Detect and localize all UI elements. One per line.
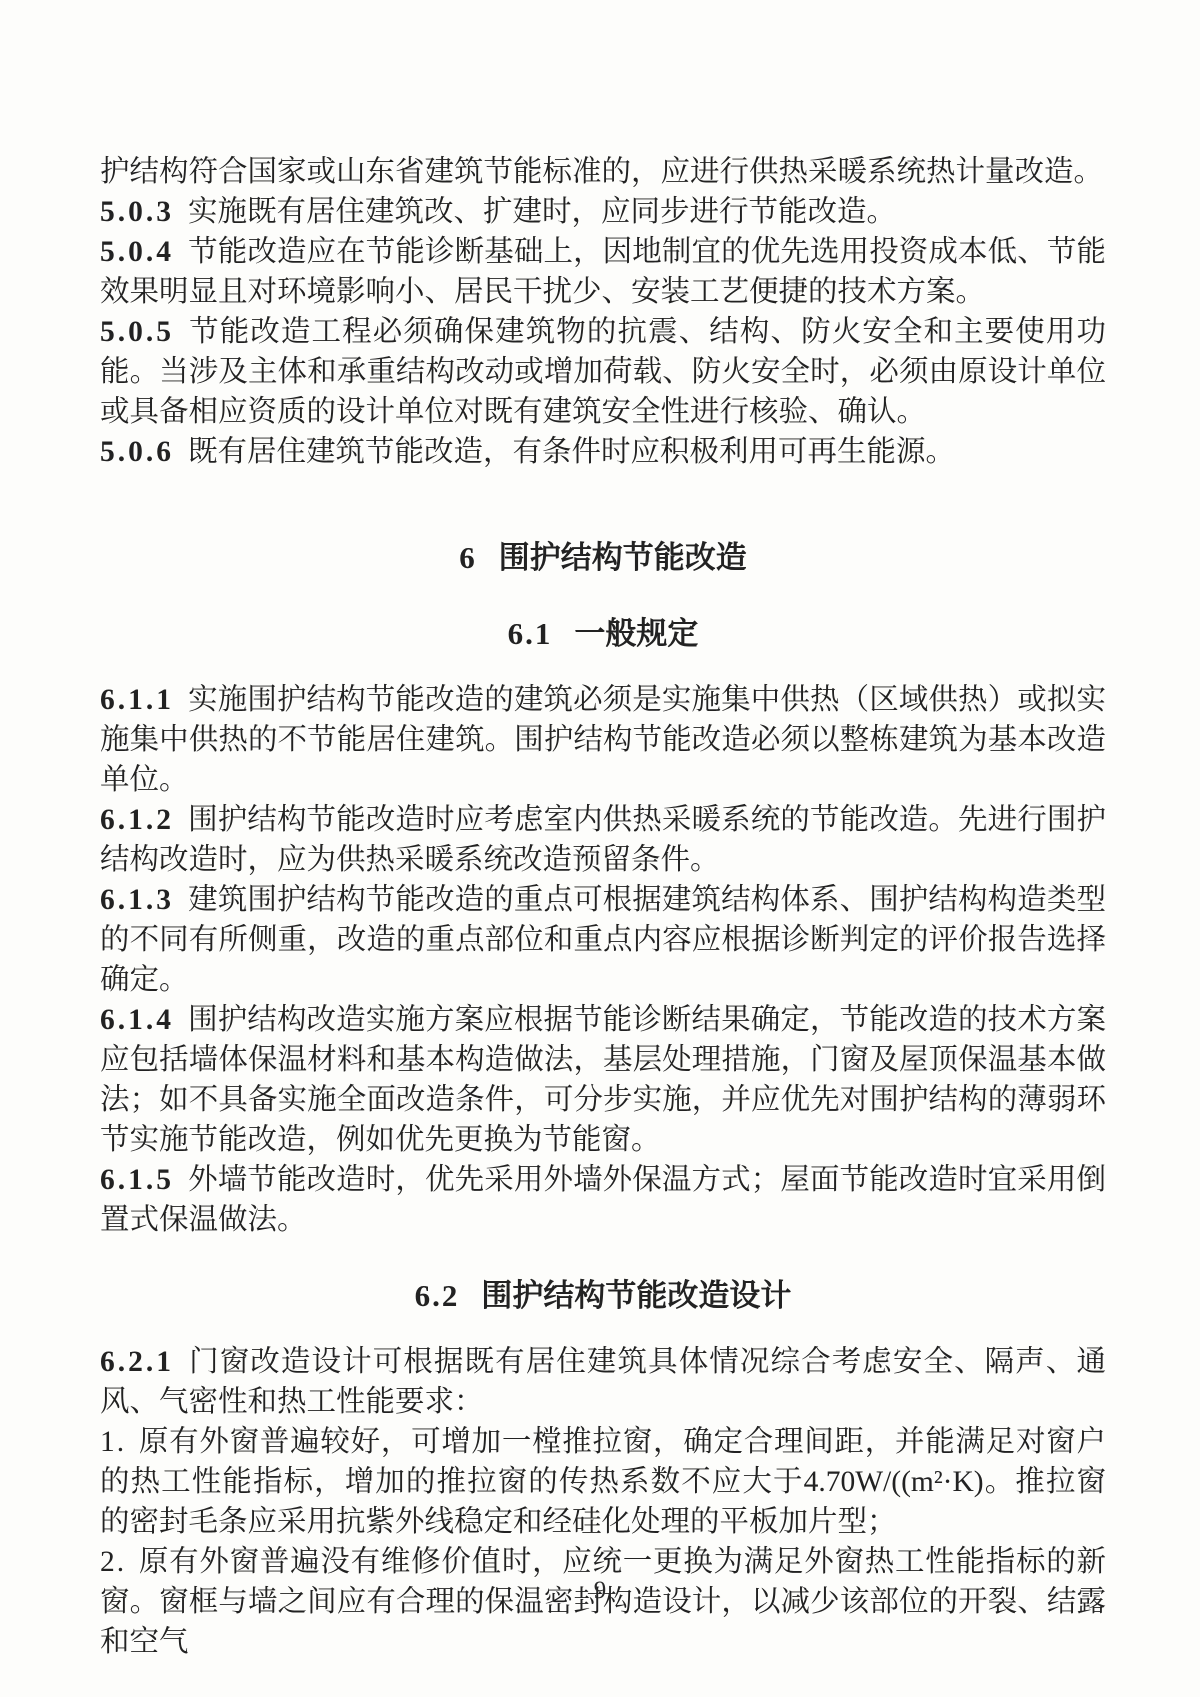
clause-number: 5.0.4: [100, 236, 174, 268]
paragraph-text: 门窗改造设计可根据既有居住建筑具体情况综合考虑安全、隔声、通风、气密性和热工性能…: [100, 1346, 1106, 1418]
clause-paragraph: 6.1.3建筑围护结构节能改造的重点可根据建筑结构体系、围护结构构造类型的不同有…: [100, 880, 1106, 1000]
paragraph-text: 节能改造应在节能诊断基础上，因地制宜的优先选用投资成本低、节能效果明显且对环境影…: [100, 236, 1106, 308]
heading-number: 6.2: [415, 1278, 460, 1313]
paragraph-text: 围护结构改造实施方案应根据节能诊断结果确定，节能改造的技术方案应包括墙体保温材料…: [100, 1004, 1106, 1156]
heading-title: 围护结构节能改造设计: [481, 1278, 791, 1313]
clause-paragraph: 6.1.4围护结构改造实施方案应根据节能诊断结果确定，节能改造的技术方案应包括墙…: [100, 1000, 1106, 1160]
clause-number: 6.1.1: [100, 684, 174, 716]
clause-paragraph: 6.1.5外墙节能改造时，优先采用外墙外保温方式；屋面节能改造时宜采用倒置式保温…: [100, 1160, 1106, 1240]
clause-number: 6.1.2: [100, 804, 174, 836]
clause-number: 6.1.5: [100, 1164, 174, 1196]
paragraph-text: 既有居住建筑节能改造，有条件时应积极利用可再生能源。: [188, 436, 955, 468]
clause-paragraph: 6.1.2围护结构节能改造时应考虑室内供热采暖系统的节能改造。先进行围护结构改造…: [100, 800, 1106, 880]
clause-number: 6.1.3: [100, 884, 174, 916]
paragraph-text: 围护结构节能改造时应考虑室内供热采暖系统的节能改造。先进行围护结构改造时，应为供…: [100, 804, 1106, 876]
heading-title: 围护结构节能改造: [499, 540, 747, 575]
clause-paragraph: 5.0.6既有居住建筑节能改造，有条件时应积极利用可再生能源。: [100, 432, 1106, 472]
clause-number: 6.1.4: [100, 1004, 174, 1036]
heading-number: 6.1: [508, 616, 553, 651]
document-page: 护结构符合国家或山东省建筑节能标准的，应进行供热采暖系统热计量改造。5.0.3实…: [0, 0, 1200, 1697]
paragraph-text: 外墙节能改造时，优先采用外墙外保温方式；屋面节能改造时宜采用倒置式保温做法。: [100, 1164, 1106, 1236]
section-heading: 6.2围护结构节能改造设计: [100, 1276, 1106, 1316]
paragraph-text: 节能改造工程必须确保建筑物的抗震、结构、防火安全和主要使用功能。当涉及主体和承重…: [100, 316, 1106, 428]
clause-paragraph: 6.1.1实施围护结构节能改造的建筑必须是实施集中供热（区域供热）或拟实施集中供…: [100, 680, 1106, 800]
clause-paragraph: 5.0.4节能改造应在节能诊断基础上，因地制宜的优先选用投资成本低、节能效果明显…: [100, 232, 1106, 312]
clause-number: 5.0.3: [100, 196, 174, 228]
section-heading: 6.1一般规定: [100, 614, 1106, 654]
paragraph-text: 建筑围护结构节能改造的重点可根据建筑结构体系、围护结构构造类型的不同有所侧重，改…: [100, 884, 1106, 996]
clause-number: 5.0.5: [100, 316, 174, 348]
clause-number: 5.0.6: [100, 436, 174, 468]
paragraph-text: 实施围护结构节能改造的建筑必须是实施集中供热（区域供热）或拟实施集中供热的不节能…: [100, 684, 1106, 796]
continuation-paragraph: 护结构符合国家或山东省建筑节能标准的，应进行供热采暖系统热计量改造。: [100, 152, 1106, 192]
clause-number: 1.: [100, 1426, 126, 1458]
chapter-heading: 6围护结构节能改造: [100, 538, 1106, 578]
document-content: 护结构符合国家或山东省建筑节能标准的，应进行供热采暖系统热计量改造。5.0.3实…: [100, 152, 1106, 1662]
heading-title: 一般规定: [574, 616, 698, 651]
clause-paragraph: 5.0.5节能改造工程必须确保建筑物的抗震、结构、防火安全和主要使用功能。当涉及…: [100, 312, 1106, 432]
page-number: 9: [0, 1576, 1200, 1606]
clause-paragraph: 6.2.1门窗改造设计可根据既有居住建筑具体情况综合考虑安全、隔声、通风、气密性…: [100, 1342, 1106, 1422]
clause-number: 2.: [100, 1546, 126, 1578]
clause-paragraph: 5.0.3实施既有居住建筑改、扩建时，应同步进行节能改造。: [100, 192, 1106, 232]
paragraph-text: 实施既有居住建筑改、扩建时，应同步进行节能改造。: [188, 196, 896, 228]
paragraph-text: 原有外窗普遍较好，可增加一樘推拉窗，确定合理间距，并能满足对窗户的热工性能指标，…: [100, 1426, 1106, 1538]
list-item-paragraph: 1.原有外窗普遍较好，可增加一樘推拉窗，确定合理间距，并能满足对窗户的热工性能指…: [100, 1422, 1106, 1542]
paragraph-text: 护结构符合国家或山东省建筑节能标准的，应进行供热采暖系统热计量改造。: [100, 156, 1103, 188]
clause-number: 6.2.1: [100, 1346, 174, 1378]
heading-number: 6: [459, 540, 477, 575]
